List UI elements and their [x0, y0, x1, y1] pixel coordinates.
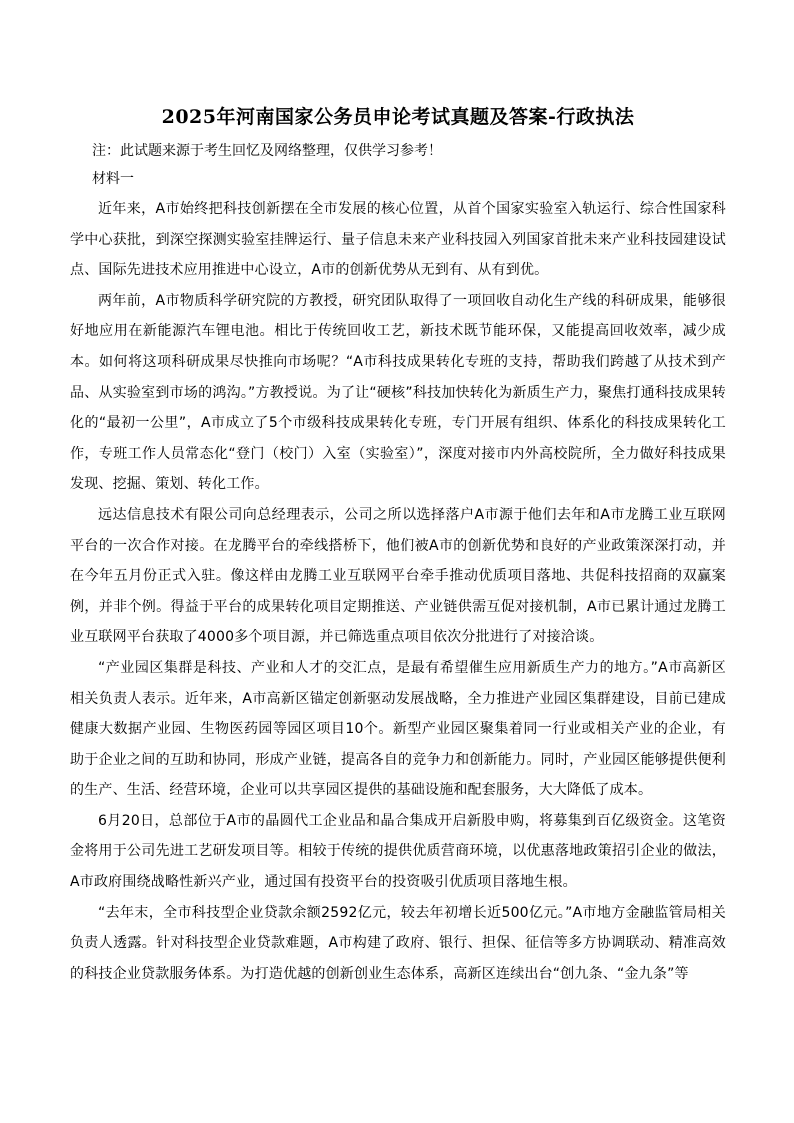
document-page: 2025年河南国家公务员申论考试真题及答案-行政执法 注：此试题来源于考生回忆及…	[70, 100, 726, 989]
section-label: 材料一	[70, 166, 726, 192]
paragraph: 远达信息技术有限公司向总经理表示，公司之所以选择落户A市源于他们去年和A市龙腾工…	[70, 500, 726, 653]
paragraph: 近年来，A市始终把科技创新摆在全市发展的核心位置，从首个国家实验室入轨运行、综合…	[70, 194, 726, 286]
paragraph: “去年末，全市科技型企业贷款余额2592亿元，较去年初增长近500亿元。”A市地…	[70, 898, 726, 990]
paragraph: 6月20日，总部位于A市的晶圆代工企业品和晶合集成开启新股申购，将募集到百亿级资…	[70, 806, 726, 898]
document-title: 2025年河南国家公务员申论考试真题及答案-行政执法	[70, 100, 726, 134]
paragraph: 两年前，A市物质科学研究院的方教授，研究团队取得了一项回收自动化生产线的科研成果…	[70, 286, 726, 500]
paragraph: “产业园区集群是科技、产业和人才的交汇点，是最有希望催生应用新质生产力的地方。”…	[70, 653, 726, 806]
disclaimer-note: 注：此试题来源于考生回忆及网络整理，仅供学习参考！	[70, 138, 726, 164]
